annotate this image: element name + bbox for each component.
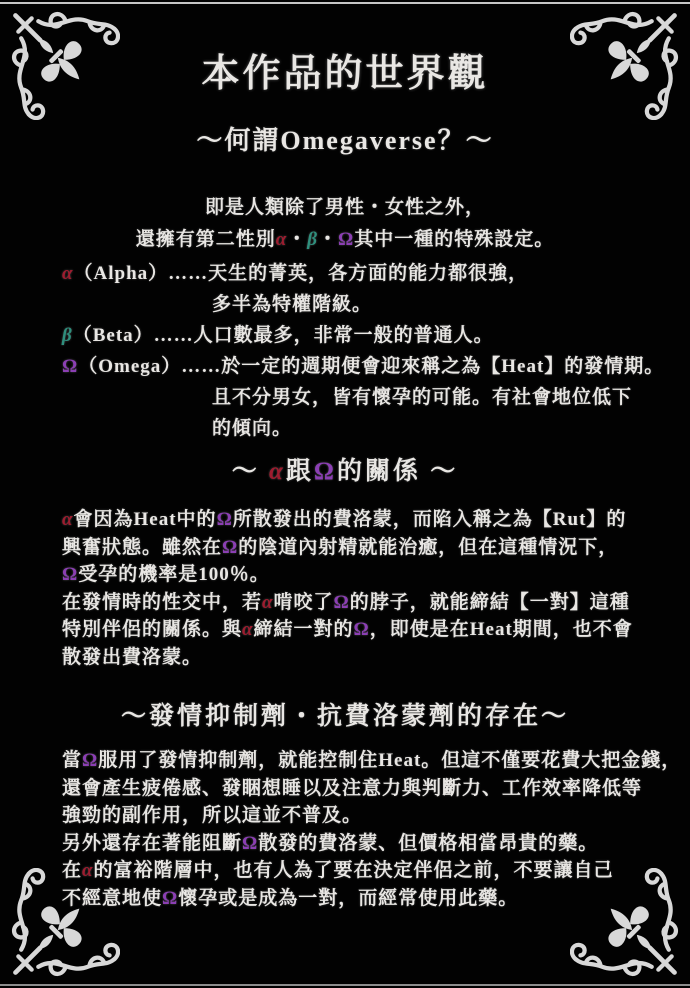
omega-letter: Ω — [222, 537, 238, 558]
corner-flourish-top-left-icon — [6, 6, 120, 120]
text-segment: 散發的費洛蒙、但價格相當昂貴的藥。 — [258, 833, 598, 854]
alpha-letter: α — [269, 458, 286, 485]
text-line: 還擁有第二性別α・β・Ω其中一種的特殊設定。 — [0, 224, 690, 256]
text-line: α會因為Heat中的Ω所散發出的費洛蒙，而陷入稱之為【Rut】的 — [62, 506, 662, 534]
alpha-letter: α — [262, 592, 274, 613]
text-line: 強勁的副作用，所以這並不普及。 — [62, 802, 662, 830]
text-segment: 跟 — [286, 458, 314, 485]
omega-letter: Ω — [62, 564, 78, 585]
text-segment: 的脖子，就能締結【一對】這種 — [350, 592, 630, 613]
text-segment: 特別伴侶的關係。與 — [62, 619, 242, 640]
omega-letter: Ω — [217, 509, 233, 530]
text-segment: 締結一對的 — [254, 619, 354, 640]
text-line: 還會產生疲倦感、發睏想睡以及注意力與判斷力、工作效率降低等 — [62, 775, 662, 803]
text-segment: （Omega）……於一定的週期便會迎來稱之為【Heat】的發情期。 — [78, 356, 664, 377]
text-segment: ～ — [232, 458, 269, 485]
page-edge-top-line — [0, 2, 690, 4]
text-segment: 會因為Heat中的 — [74, 509, 217, 530]
page-subtitle: ～何謂Omegaverse？～ — [0, 124, 690, 158]
omega-letter: Ω — [62, 356, 78, 377]
text-line: 即是人類除了男性・女性之外， — [0, 192, 690, 224]
omega-letter: Ω — [354, 619, 370, 640]
text-segment: 其中一種的特殊設定。 — [354, 229, 554, 250]
beta-letter: β — [62, 325, 73, 346]
relation-paragraph: α會因為Heat中的Ω所散發出的費洛蒙，而陷入稱之為【Rut】的興奮狀態。雖然在… — [62, 506, 662, 671]
text-line: 當Ω服用了發情抑制劑，就能控制住Heat。但這不僅要花費大把金錢， — [62, 747, 662, 775]
page-edge-bottom-line — [0, 984, 690, 986]
text-line: 多半為特權階級。 — [62, 289, 650, 320]
text-line: 在發情時的性交中，若α啃咬了Ω的脖子，就能締結【一對】這種 — [62, 589, 662, 617]
text-segment: （Alpha）……天生的菁英，各方面的能力都很強， — [74, 263, 529, 284]
omega-letter: Ω — [162, 888, 178, 909]
text-line: 的傾向。 — [62, 413, 650, 444]
definition-alpha: α（Alpha）……天生的菁英，各方面的能力都很強，多半為特權階級。 — [62, 258, 650, 320]
text-segment: 多半為特權階級。 — [212, 294, 372, 315]
text-line: Ω（Omega）……於一定的週期便會迎來稱之為【Heat】的發情期。 — [62, 351, 650, 382]
text-segment: 當 — [62, 750, 82, 771]
text-line: Ω受孕的機率是100％。 — [62, 561, 662, 589]
corner-flourish-bottom-right-icon — [570, 868, 684, 982]
text-line: 且不分男女，皆有懷孕的可能。有社會地位低下 — [62, 382, 650, 413]
text-segment: 在發情時的性交中，若 — [62, 592, 262, 613]
text-segment: 所散發出的費洛蒙，而陷入稱之為【Rut】的 — [233, 509, 627, 530]
text-segment: 的關係 ～ — [337, 458, 458, 485]
alpha-letter: α — [62, 263, 74, 284]
omega-letter: Ω — [314, 458, 337, 485]
text-segment: 還會產生疲倦感、發睏想睡以及注意力與判斷力、工作效率降低等 — [62, 778, 642, 799]
omega-letter: Ω — [242, 833, 258, 854]
text-segment: 還擁有第二性別 — [136, 229, 276, 250]
alpha-letter: α — [62, 509, 74, 530]
definition-beta: β（Beta）……人口數最多，非常一般的普通人。 — [62, 320, 650, 351]
text-segment: 的富裕階層中，也有人為了要在決定伴侶之前，不要讓自己 — [94, 860, 614, 881]
relation-section-heading: ～ α跟Ω的關係 ～ — [0, 456, 690, 488]
text-line: β（Beta）……人口數最多，非常一般的普通人。 — [62, 320, 650, 351]
gender-definitions: α（Alpha）……天生的菁英，各方面的能力都很強，多半為特權階級。 β（Bet… — [62, 258, 650, 444]
text-segment: ・ — [287, 229, 307, 250]
intro-paragraph: 即是人類除了男性・女性之外，還擁有第二性別α・β・Ω其中一種的特殊設定。 — [0, 192, 690, 256]
text-segment: 的傾向。 — [212, 418, 292, 439]
text-segment: （Beta）……人口數最多，非常一般的普通人。 — [73, 325, 494, 346]
text-segment: 受孕的機率是100％。 — [78, 564, 270, 585]
text-line: α（Alpha）……天生的菁英，各方面的能力都很強， — [62, 258, 650, 289]
world-setting-page: 本作品的世界觀 ～何謂Omegaverse？～ 即是人類除了男性・女性之外，還擁… — [0, 0, 690, 988]
text-segment: 懷孕或是成為一對，而經常使用此藥。 — [178, 888, 518, 909]
text-segment: 且不分男女，皆有懷孕的可能。有社會地位低下 — [212, 387, 632, 408]
text-segment: ・ — [318, 229, 338, 250]
text-line: 興奮狀態。雖然在Ω的陰道內射精就能治癒，但在這種情況下， — [62, 534, 662, 562]
corner-flourish-bottom-left-icon — [6, 868, 120, 982]
text-segment: 服用了發情抑制劑，就能控制住Heat。但這不僅要花費大把金錢， — [98, 750, 681, 771]
text-line: 散發出費洛蒙。 — [62, 644, 662, 672]
text-line: 另外還存在著能阻斷Ω散發的費洛蒙、但價格相當昂貴的藥。 — [62, 830, 662, 858]
text-segment: 另外還存在著能阻斷 — [62, 833, 242, 854]
text-segment: ，即使是在Heat期間，也不會 — [370, 619, 633, 640]
omega-letter: Ω — [338, 229, 354, 250]
text-segment: 強勁的副作用，所以這並不普及。 — [62, 805, 362, 826]
text-segment: 的陰道內射精就能治癒，但在這種情況下， — [238, 537, 618, 558]
text-segment: 啃咬了 — [274, 592, 334, 613]
text-segment: 興奮狀態。雖然在 — [62, 537, 222, 558]
definition-omega: Ω（Omega）……於一定的週期便會迎來稱之為【Heat】的發情期。且不分男女，… — [62, 351, 650, 444]
omega-letter: Ω — [82, 750, 98, 771]
text-segment: 即是人類除了男性・女性之外， — [205, 197, 485, 218]
omega-letter: Ω — [334, 592, 350, 613]
text-segment: 散發出費洛蒙。 — [62, 647, 202, 668]
text-line: 特別伴侶的關係。與α締結一對的Ω，即使是在Heat期間，也不會 — [62, 616, 662, 644]
suppressant-section-heading: ～發情抑制劑・抗費洛蒙劑的存在～ — [0, 701, 690, 733]
beta-letter: β — [307, 229, 318, 250]
alpha-letter: α — [276, 229, 288, 250]
alpha-letter: α — [242, 619, 254, 640]
corner-flourish-top-right-icon — [570, 6, 684, 120]
